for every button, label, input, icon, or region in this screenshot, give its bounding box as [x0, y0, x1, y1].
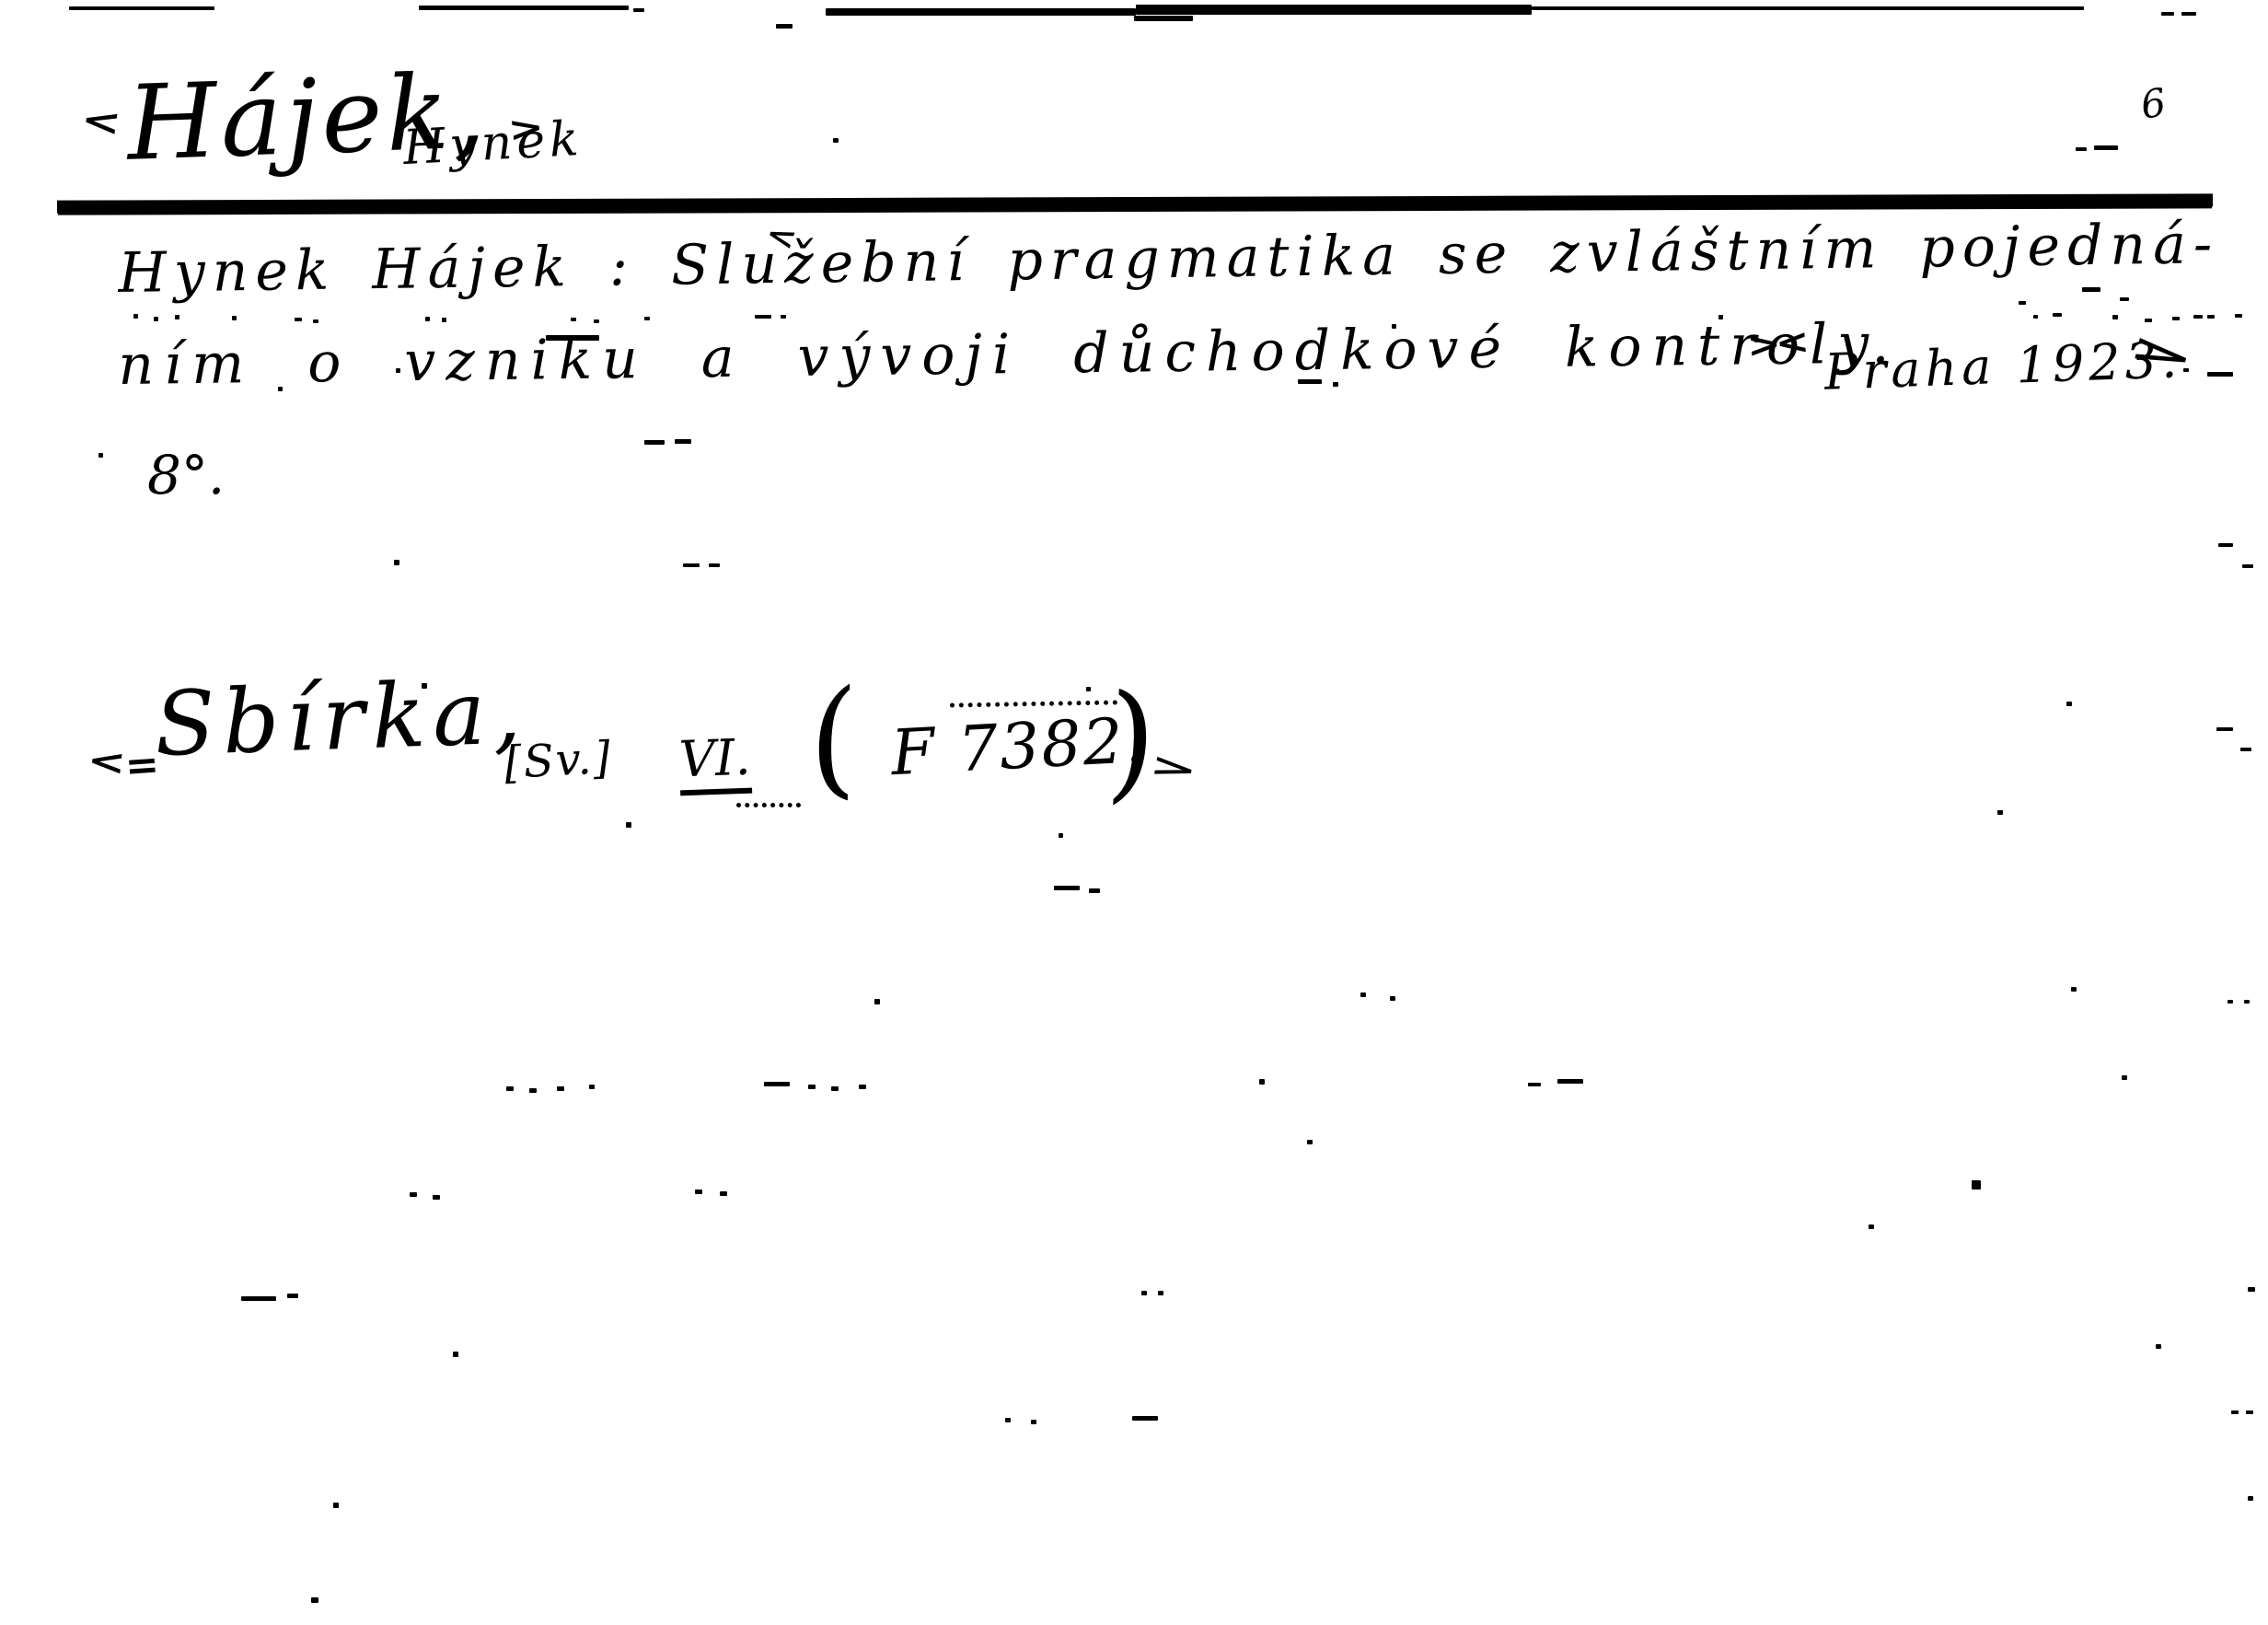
scan-speck	[1997, 810, 2003, 815]
scan-speck	[1360, 992, 1366, 997]
scan-speck	[232, 316, 237, 320]
scan-speck	[764, 1082, 790, 1086]
scan-speck	[776, 24, 793, 29]
scan-speck	[1054, 886, 1080, 890]
scan-speck	[683, 563, 700, 567]
scan-speck	[2053, 313, 2062, 317]
insertion-mark-holdings: <	[86, 739, 128, 783]
scan-speck	[433, 1195, 440, 1200]
scan-speck	[2193, 315, 2203, 319]
scan-speck	[2019, 301, 2026, 305]
scan-speck	[2235, 314, 2242, 318]
scan-speck	[1141, 1291, 1147, 1295]
scan-speck	[2231, 1410, 2239, 1414]
scan-speck	[419, 6, 629, 10]
scan-speck	[2094, 145, 2118, 150]
scan-speck	[720, 1191, 727, 1196]
scan-speck	[1136, 5, 1532, 15]
insertion-mark-right: >	[506, 107, 546, 150]
scan-speck	[1158, 1291, 1163, 1295]
scan-speck	[831, 1086, 839, 1091]
scan-speck	[2156, 1344, 2161, 1349]
scan-speck	[69, 6, 214, 10]
scan-speck	[295, 318, 302, 321]
catalog-card-scan: 6 < Hájek, Hynek > < Hynek Hájek : Služe…	[0, 0, 2268, 1625]
scan-speck	[626, 822, 631, 828]
scan-speck	[2120, 297, 2129, 301]
scan-speck	[425, 317, 430, 321]
scan-speck	[1532, 6, 2084, 10]
scan-speck	[2244, 1000, 2250, 1004]
scan-speck	[826, 8, 1136, 16]
scan-speck	[594, 319, 599, 323]
scan-speck	[1005, 1418, 1011, 1422]
scan-speck	[2161, 12, 2174, 16]
scan-speck	[2240, 748, 2251, 751]
series-title: Sbírka,	[153, 667, 529, 769]
scan-speck	[2112, 315, 2118, 319]
scan-speck	[874, 999, 880, 1004]
scan-speck	[589, 1085, 595, 1089]
scan-speck	[675, 439, 691, 444]
scan-speck	[833, 138, 839, 143]
scan-speck	[98, 453, 103, 458]
scan-speck	[2227, 1000, 2233, 1004]
scan-speck	[808, 1085, 816, 1089]
scan-speck	[2145, 319, 2152, 322]
scan-speck	[1528, 1083, 1541, 1086]
scan-speck	[2082, 287, 2100, 292]
scan-speck	[1031, 1420, 1036, 1424]
scan-speck	[781, 315, 786, 319]
scan-speck	[154, 317, 158, 321]
scan-speck	[333, 1503, 339, 1508]
scan-speck	[2181, 12, 2196, 16]
scan-speck	[2066, 702, 2072, 706]
scan-speck	[1132, 1416, 1158, 1421]
transposition-marks: ><	[1746, 322, 1806, 366]
scan-speck	[1557, 1079, 1583, 1084]
scan-speck	[311, 1597, 318, 1603]
scan-speck	[557, 1086, 564, 1091]
scan-speck	[859, 1085, 866, 1089]
scan-speck	[1307, 1140, 1313, 1144]
scan-speck	[1390, 996, 1395, 1001]
scan-speck	[2216, 727, 2233, 731]
scan-speck	[410, 1192, 417, 1197]
scan-speck	[1869, 1225, 1874, 1229]
scan-speck	[633, 8, 644, 12]
scan-speck	[2248, 1287, 2255, 1292]
scan-speck	[506, 1086, 514, 1091]
scan-speck	[287, 1294, 298, 1298]
volume-label: [Sv.]	[503, 732, 614, 789]
scan-speck	[133, 314, 138, 319]
format-statement: 8°.	[147, 444, 225, 506]
scan-speck	[2246, 1410, 2253, 1414]
insertion-mark-left: <	[78, 99, 123, 145]
scan-speck	[1089, 888, 1100, 893]
scan-speck	[644, 440, 665, 445]
scan-speck	[241, 1296, 276, 1301]
scan-speck	[1059, 833, 1063, 838]
scan-speck	[695, 1190, 702, 1194]
heading-forename: Hynek	[402, 111, 584, 176]
scan-speck	[2071, 987, 2077, 992]
scan-speck	[2172, 317, 2180, 320]
scan-speck	[453, 1352, 458, 1357]
volume-underline-dots	[736, 803, 801, 807]
scan-speck	[2242, 564, 2253, 568]
scan-speck	[175, 315, 179, 319]
volume-number: VI.	[678, 728, 752, 796]
scan-speck	[394, 560, 399, 565]
scan-speck	[1972, 1180, 1981, 1190]
scan-speck	[709, 563, 720, 567]
scan-speck	[1086, 687, 1091, 691]
scan-speck	[2033, 315, 2038, 319]
scan-speck	[2076, 147, 2087, 151]
scan-speck	[442, 318, 446, 322]
scan-speck	[313, 319, 318, 323]
scan-speck	[2248, 1496, 2253, 1501]
scan-speck	[2218, 543, 2233, 547]
scan-speck	[2207, 315, 2215, 319]
scan-speck	[529, 1088, 537, 1093]
scan-speck	[2207, 372, 2233, 377]
scan-speck	[2122, 1075, 2127, 1080]
scan-speck	[644, 317, 650, 320]
scan-speck	[755, 315, 771, 319]
scan-speck	[1259, 1079, 1265, 1085]
scan-speck	[571, 318, 576, 321]
scan-speck	[1134, 16, 1193, 21]
